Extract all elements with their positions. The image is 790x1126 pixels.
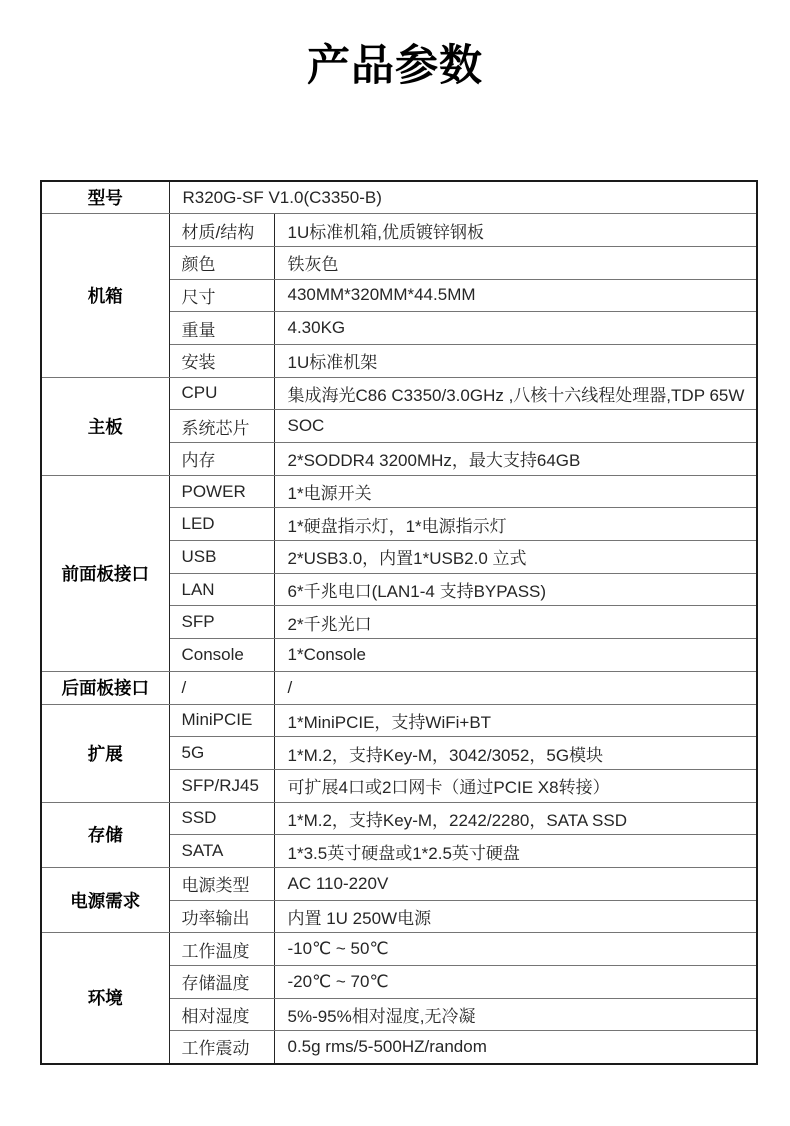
spec-key: SFP/RJ45: [169, 769, 274, 802]
spec-value: 2*SODDR4 3200MHz，最大支持64GB: [274, 443, 757, 476]
table-row: 机箱 材质/结构 1U标准机箱,优质镀锌钢板: [41, 214, 757, 247]
spec-value: 1*Console: [274, 639, 757, 672]
spec-key: SSD: [169, 802, 274, 835]
spec-key: 内存: [169, 443, 274, 476]
page-title: 产品参数: [0, 38, 790, 94]
spec-key: 存储温度: [169, 966, 274, 999]
spec-key: POWER: [169, 475, 274, 508]
table-row: 存储 SSD 1*M.2，支持Key-M，2242/2280，SATA SSD: [41, 802, 757, 835]
group-label-mainboard: 主板: [41, 377, 169, 475]
spec-key: 系统芯片: [169, 410, 274, 443]
spec-key: SATA: [169, 835, 274, 868]
spec-value: 铁灰色: [274, 246, 757, 279]
group-label-expansion: 扩展: [41, 704, 169, 802]
spec-value: 5%-95%相对湿度,无冷凝: [274, 998, 757, 1031]
group-label-chassis: 机箱: [41, 214, 169, 377]
spec-key: 工作震动: [169, 1031, 274, 1064]
spec-value: 4.30KG: [274, 312, 757, 345]
group-label-front-panel: 前面板接口: [41, 475, 169, 671]
table-row: 环境 工作温度 -10℃ ~ 50℃: [41, 933, 757, 966]
spec-value: 1*3.5英寸硬盘或1*2.5英寸硬盘: [274, 835, 757, 868]
spec-value: 1*M.2，支持Key-M，2242/2280，SATA SSD: [274, 802, 757, 835]
spec-value: -20℃ ~ 70℃: [274, 966, 757, 999]
spec-value: 1U标准机架: [274, 344, 757, 377]
spec-key: CPU: [169, 377, 274, 410]
table-row: 型号 R320G-SF V1.0(C3350-B): [41, 181, 757, 214]
table-row: 主板 CPU 集成海光C86 C3350/3.0GHz ,八核十六线程处理器,T…: [41, 377, 757, 410]
spec-key: 电源类型: [169, 867, 274, 900]
spec-key: 材质/结构: [169, 214, 274, 247]
group-label-model: 型号: [41, 181, 169, 214]
spec-value: 1*电源开关: [274, 475, 757, 508]
spec-value: 430MM*320MM*44.5MM: [274, 279, 757, 312]
spec-value: 2*USB3.0，内置1*USB2.0 立式: [274, 541, 757, 574]
spec-value: R320G-SF V1.0(C3350-B): [169, 181, 757, 214]
spec-key: 功率输出: [169, 900, 274, 933]
spec-key: 相对湿度: [169, 998, 274, 1031]
spec-value: 集成海光C86 C3350/3.0GHz ,八核十六线程处理器,TDP 65W: [274, 377, 757, 410]
spec-value: 2*千兆光口: [274, 606, 757, 639]
spec-value: 内置 1U 250W电源: [274, 900, 757, 933]
table-row: 扩展 MiniPCIE 1*MiniPCIE，支持WiFi+BT: [41, 704, 757, 737]
spec-table: 型号 R320G-SF V1.0(C3350-B) 机箱 材质/结构 1U标准机…: [40, 180, 758, 1065]
spec-value: 1*MiniPCIE，支持WiFi+BT: [274, 704, 757, 737]
spec-value: 1U标准机箱,优质镀锌钢板: [274, 214, 757, 247]
spec-value: -10℃ ~ 50℃: [274, 933, 757, 966]
table-row: 后面板接口 / /: [41, 671, 757, 704]
spec-key: USB: [169, 541, 274, 574]
spec-value: /: [274, 671, 757, 704]
spec-key: 尺寸: [169, 279, 274, 312]
spec-value: 1*M.2，支持Key-M，3042/3052，5G模块: [274, 737, 757, 770]
spec-key: 安装: [169, 344, 274, 377]
spec-key: MiniPCIE: [169, 704, 274, 737]
table-row: 电源需求 电源类型 AC 110-220V: [41, 867, 757, 900]
spec-value: 6*千兆电口(LAN1-4 支持BYPASS): [274, 573, 757, 606]
spec-value: 可扩展4口或2口网卡（通过PCIE X8转接）: [274, 769, 757, 802]
table-row: 前面板接口 POWER 1*电源开关: [41, 475, 757, 508]
spec-value: AC 110-220V: [274, 867, 757, 900]
group-label-rear-panel: 后面板接口: [41, 671, 169, 704]
group-label-power: 电源需求: [41, 867, 169, 932]
spec-value: SOC: [274, 410, 757, 443]
spec-key: /: [169, 671, 274, 704]
spec-key: SFP: [169, 606, 274, 639]
spec-key: 重量: [169, 312, 274, 345]
spec-key: LAN: [169, 573, 274, 606]
spec-key: Console: [169, 639, 274, 672]
group-label-environment: 环境: [41, 933, 169, 1064]
spec-key: LED: [169, 508, 274, 541]
spec-key: 颜色: [169, 246, 274, 279]
spec-value: 0.5g rms/5-500HZ/random: [274, 1031, 757, 1064]
group-label-storage: 存储: [41, 802, 169, 867]
spec-value: 1*硬盘指示灯，1*电源指示灯: [274, 508, 757, 541]
spec-key: 工作温度: [169, 933, 274, 966]
spec-key: 5G: [169, 737, 274, 770]
